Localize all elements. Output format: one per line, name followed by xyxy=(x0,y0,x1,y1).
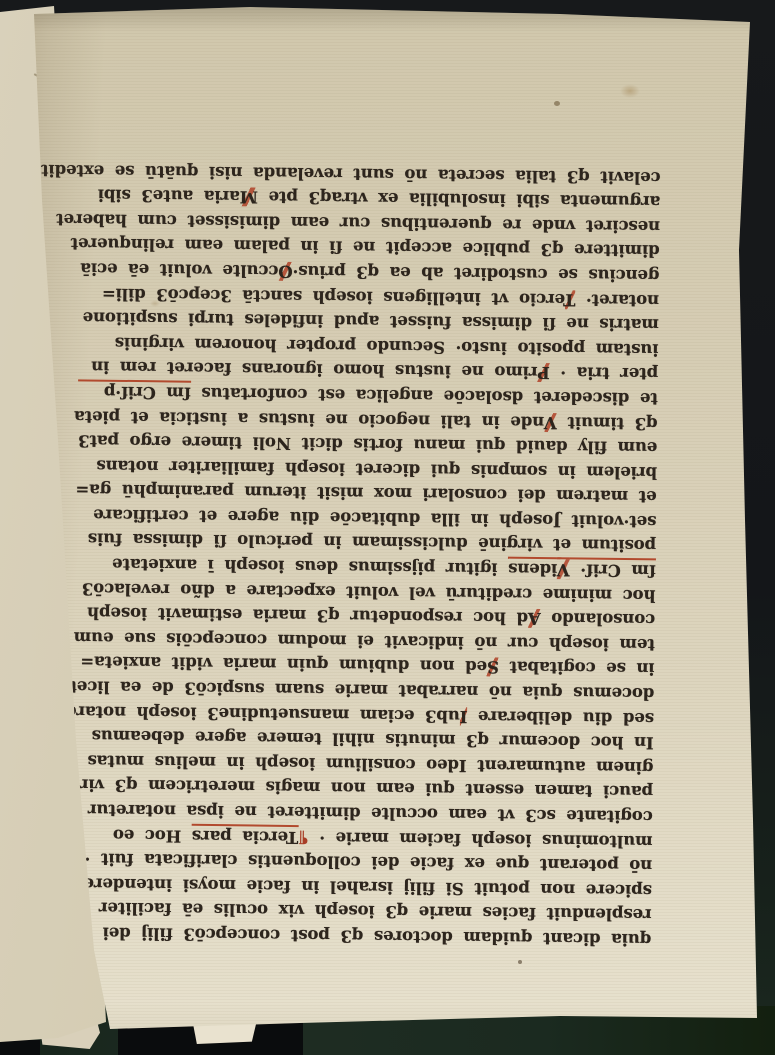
text-segment: quia dicant quidam doctores q3 post conc… xyxy=(68,923,652,949)
text-segment: igitur pijssimus deus ioseph ī anxietate xyxy=(112,555,508,579)
text-segment: cogitante sc3 vt eam occulte dimitteret … xyxy=(72,800,653,826)
text-line: argumenta sibi insolubilia ex vtraq3 pte… xyxy=(102,182,660,213)
text-segment: ercio vt intelligens ioseph sanctā 3cepc… xyxy=(102,284,565,309)
text-line: sed diu deliberare Iub3 eciam mansuetudi… xyxy=(96,699,654,730)
text-line: te discederet dsolacōe angelica est conf… xyxy=(100,379,658,410)
text-segment: notaret· xyxy=(575,290,659,310)
text-line: docemus quia nō narrabat marie suam susp… xyxy=(96,674,654,705)
text-line: multominus ioseph faciem marie · ¶Tercia… xyxy=(94,822,652,853)
text-segment: et matrem dei consolari mox misit iterum… xyxy=(75,481,656,507)
text-segment: V xyxy=(557,557,570,579)
text-segment: ginem autumarent Ideo consilium ioseph i… xyxy=(87,751,653,777)
text-segment: M xyxy=(240,187,258,206)
text-line: In hoc docemur q3 minutis nihil temere a… xyxy=(96,723,654,754)
text-line: tem ioseph cur nō indicavit ei modum con… xyxy=(97,625,655,656)
text-line: dimittere q3 publice accepit ne ſi in pa… xyxy=(102,231,660,262)
text-segment: docemus quia nō narrabat marie suam susp… xyxy=(69,677,654,703)
text-segment: Tercia pars xyxy=(192,823,299,846)
text-segment: O xyxy=(278,262,293,281)
text-segment: matris ne ſi dimissa fuisset apud infide… xyxy=(83,309,659,335)
text-segment: ed non dubium quin maria vidit anxieta= xyxy=(80,653,487,677)
text-segment: nesciret vnde re querentibus cur eam dim… xyxy=(56,210,660,236)
text-line: spicere non potuit Si filij israhel in f… xyxy=(94,871,652,902)
text-segment: resplenduit facies marie q3 ioseph vix o… xyxy=(55,899,651,925)
text-segment: ſm Criſ·p xyxy=(78,379,191,402)
text-block-rotated-180: quia dicant quidam doctores q3 post conc… xyxy=(93,157,661,952)
text-segment: Hoc eo xyxy=(113,825,192,845)
paper-stain xyxy=(620,84,640,98)
text-segment: I xyxy=(460,707,468,726)
text-line: gencius se custodiret ab ea q3 prius·Occ… xyxy=(101,256,659,287)
text-line: in se cogitabat Sed non dubium quin mari… xyxy=(97,649,655,680)
text-segment: q3 timuit xyxy=(557,413,658,433)
text-segment: In hoc docemur q3 minutis nihil temere a… xyxy=(92,727,654,753)
text-segment: S xyxy=(487,658,499,677)
text-segment: ſm Criſ· xyxy=(570,557,656,580)
text-line: iustam pposito iusto· Secundo propter ho… xyxy=(100,330,658,361)
text-line: q3 timuit Vnde in tali negocio ne iustus… xyxy=(100,404,658,435)
text-line: resplenduit facies marie q3 ioseph vix o… xyxy=(94,895,652,926)
text-segment: pter tria · xyxy=(550,363,659,383)
text-segment: iustam pposito iusto· Secundo propter ho… xyxy=(115,334,659,360)
text-segment: celavit q3 talia secreta nō sunt revelan… xyxy=(41,160,661,187)
text-line: ſm Criſ· Videns igitur pijssimus deus io… xyxy=(98,551,656,582)
text-segment: nde in tali negocio ne iustus a iusticia… xyxy=(74,407,544,432)
text-line: pauci tamen essent qui eam non magis mer… xyxy=(95,772,653,803)
text-line: brielem in sompnis qui diceret ioseph fa… xyxy=(99,453,657,484)
text-line: notaret· Tercio vt intelligens ioseph sa… xyxy=(101,281,659,312)
text-segment: P xyxy=(537,363,550,382)
text-segment: cculte voluit eā eciā xyxy=(80,259,278,280)
text-segment: te discederet dsolacōe angelica est conf… xyxy=(191,384,658,409)
text-segment: set·voluit Joseph in illa dubitacōe diu … xyxy=(93,505,656,531)
text-segment: spicere non potuit Si filij israhel in f… xyxy=(83,874,652,900)
text-segment: tem ioseph cur nō indicavit ei modum con… xyxy=(74,628,655,654)
text-segment: d hoc respondetur q3 maria estimavit ios… xyxy=(87,604,528,628)
text-segment: sed diu deliberare xyxy=(467,707,654,728)
paper-speck xyxy=(554,101,560,106)
binding-shadow-strip xyxy=(0,1040,40,1055)
text-line: eum fily dauid qui manu fortis dicit Nol… xyxy=(99,428,657,459)
book-scan: quia dicant quidam doctores q3 post conc… xyxy=(0,0,775,1055)
text-segment: T xyxy=(565,290,576,309)
text-segment: brielem in sompnis qui diceret ioseph fa… xyxy=(96,456,657,482)
text-segment: argumenta sibi insolubilia ex vtraq3 pte xyxy=(258,188,661,212)
text-line: consolando Ad hoc respondetur q3 maria e… xyxy=(97,600,655,631)
text-segment: V xyxy=(544,413,557,432)
text-line: ginem autumarent Ideo consilium ioseph i… xyxy=(95,748,653,779)
text-segment: A xyxy=(528,609,541,628)
text-line: et matrem dei consolari mox misit iterum… xyxy=(99,477,657,508)
text-line: set·voluit Joseph in illa dubitacōe diu … xyxy=(98,502,656,533)
text-segment: in se cogitabat xyxy=(499,658,655,679)
text-line: positum et virginē dulcissimam in pericu… xyxy=(98,526,656,557)
text-segment: eum fily dauid qui manu fortis dicit Nol… xyxy=(78,431,657,457)
text-segment: consolando xyxy=(541,609,656,629)
text-line: matris ne ſi dimissa fuisset apud infide… xyxy=(101,305,659,336)
text-segment: idens xyxy=(508,557,557,580)
paper-speck xyxy=(518,960,522,964)
text-line: cogitante sc3 vt eam occulte dimitteret … xyxy=(95,797,653,828)
text-segment: nō poterant que ex facie dei colloquenti… xyxy=(85,850,653,876)
text-segment: gencius se custodiret ab ea q3 prius· xyxy=(293,262,660,285)
text-segment: rimo ne iustus homo ignorans faceret rem… xyxy=(91,358,537,382)
text-segment: aria aute3 sibi xyxy=(98,186,240,207)
text-segment: pauci tamen essent qui eam non magis mer… xyxy=(66,776,653,802)
paper-stain xyxy=(150,300,160,307)
rubric-mark: ¶ xyxy=(298,828,309,847)
text-line: quia dicant quidam doctores q3 post conc… xyxy=(93,920,651,951)
manuscript-leaf: quia dicant quidam doctores q3 post conc… xyxy=(0,0,775,1055)
text-line: nō poterant que ex facie dei colloquenti… xyxy=(94,846,652,877)
text-segment: positum et virginē dulcissimam in pericu… xyxy=(88,530,656,556)
text-segment: hoc minime crediturū vel voluit expectar… xyxy=(82,579,656,605)
text-segment: multominus ioseph faciem marie · xyxy=(309,828,653,851)
text-line: pter tria · Primo ne iustus homo ignoran… xyxy=(100,354,658,385)
text-line: nesciret vnde re querentibus cur eam dim… xyxy=(102,207,660,238)
text-line: hoc minime crediturū vel voluit expectar… xyxy=(97,576,655,607)
text-segment: dimittere q3 publice accepit ne ſi in pa… xyxy=(71,235,660,261)
text-segment: ub3 eciam mansuetudine3 ioseph notare xyxy=(66,702,460,726)
text-line: celavit q3 talia secreta nō sunt revelan… xyxy=(103,158,661,189)
